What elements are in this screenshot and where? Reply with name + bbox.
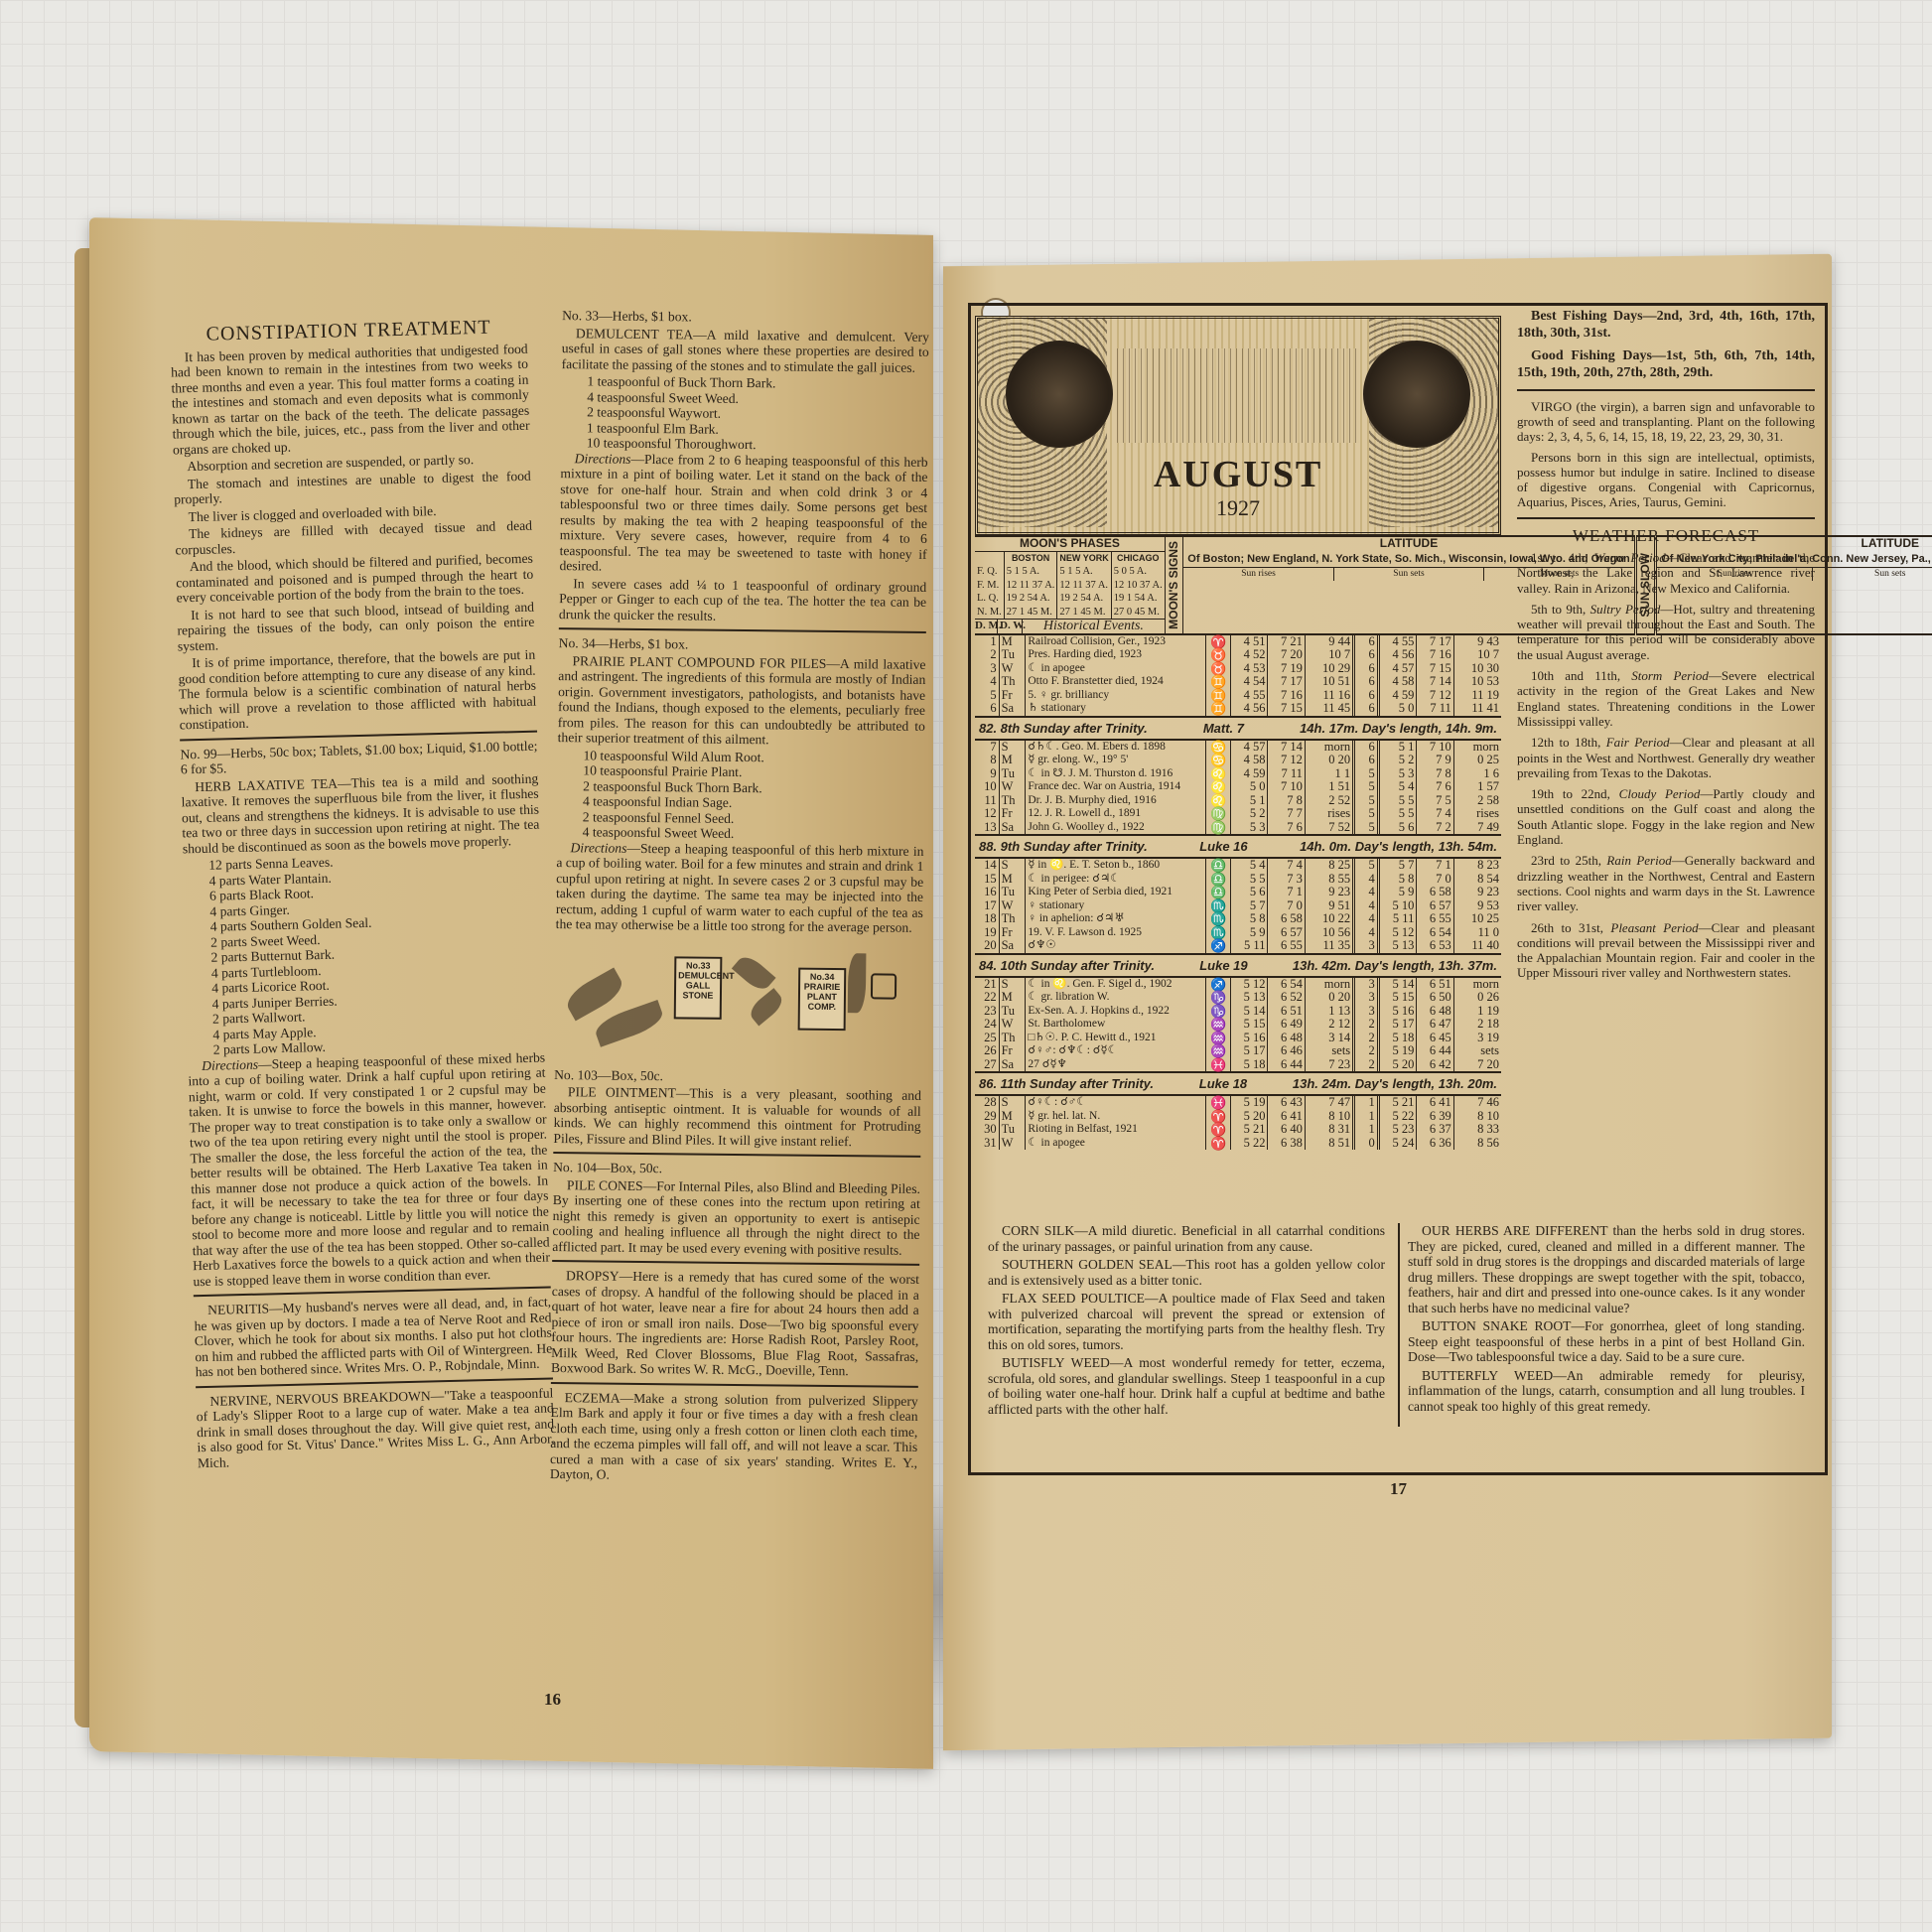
no34-description: PRAIRIE PLANT COMPOUND FOR PILES—A mild …	[558, 653, 926, 750]
sun-sets-newyork: 6 54	[1417, 926, 1453, 940]
historical-event: King Peter of Serbia died, 1921	[1026, 886, 1206, 899]
weather-period: 10th and 11th, Storm Period—Severe elect…	[1517, 668, 1815, 729]
sun-rises-boston: 5 19	[1230, 1096, 1267, 1110]
sunday-row: 88. 9th Sunday after Trinity.Luke 1614h.…	[975, 834, 1501, 859]
sun-slow: 6	[1354, 635, 1379, 649]
constipation-title: CONSTIPATION TREATMENT	[170, 320, 527, 344]
day-of-month: 8	[975, 754, 999, 767]
herb-leaf-icon	[747, 988, 787, 1026]
day-row: 11ThDr. J. B. Murphy died, 1916♌5 17 82 …	[975, 794, 1501, 808]
divider	[552, 1260, 919, 1266]
day-of-week: Tu	[999, 648, 1026, 662]
sun-sets-newyork: 6 48	[1417, 1005, 1453, 1019]
ointment-jar-icon	[871, 973, 897, 999]
moon-sets-boston: 8 51	[1305, 1137, 1353, 1151]
day-row: 30TuRioting in Belfast, 1921♈5 216 408 3…	[975, 1123, 1501, 1137]
no104-description: PILE CONES—For Internal Piles, also Blin…	[552, 1177, 920, 1258]
sun-sets-boston: 6 41	[1268, 1110, 1305, 1124]
best-fishing-days: Best Fishing Days—2nd, 3rd, 4th, 16th, 1…	[1517, 308, 1815, 342]
weather-period: 26th to 31st, Pleasant Period—Clear and …	[1517, 920, 1815, 981]
sun-slow: 6	[1354, 741, 1379, 755]
moons-signs-header: MOON'S SIGNS	[1165, 536, 1183, 634]
paragraph: And the blood, which should be filtered …	[176, 551, 534, 606]
divider	[1517, 389, 1815, 391]
day-of-month: 26	[975, 1044, 999, 1058]
sunday-ref: Luke 18	[1199, 1076, 1247, 1091]
day-of-month: 31	[975, 1137, 999, 1151]
sunday-label: 84. 10th Sunday after Trinity.	[979, 958, 1155, 973]
moon-sign-icon: ♏	[1206, 926, 1231, 940]
day-of-week: Fr	[999, 689, 1026, 703]
month-title: AUGUST	[978, 453, 1498, 496]
moon-sets-boston: morn	[1305, 741, 1353, 755]
moon-sets-boston: 7 52	[1305, 821, 1353, 835]
day-of-week: S	[999, 859, 1026, 873]
sun-rises-boston: 4 54	[1230, 675, 1267, 689]
weather-range: 5th to 9th,	[1531, 602, 1586, 617]
day-row: 21S☾ in ♌. Gen. F. Sigel d., 1902♐5 126 …	[975, 978, 1501, 992]
moon-sign-icon: ♍	[1206, 807, 1231, 821]
sun-rises-newyork: 5 20	[1378, 1058, 1417, 1072]
day-of-week: Th	[999, 675, 1026, 689]
sun-sets-newyork: 6 58	[1417, 886, 1453, 899]
sun-slow: 3	[1354, 1005, 1379, 1019]
sun-rises-boston: 4 55	[1230, 689, 1267, 703]
moon-sets-boston: 11 16	[1305, 689, 1353, 703]
historical-event: Otto F. Branstetter died, 1924	[1026, 675, 1206, 689]
sun-sets-newyork: 7 6	[1417, 780, 1453, 794]
sun-sets-newyork: 6 55	[1417, 912, 1453, 926]
sun-rises-newyork: 5 11	[1378, 912, 1417, 926]
southern-golden-seal: SOUTHERN GOLDEN SEAL—This root has a gol…	[988, 1257, 1385, 1288]
sun-sets-newyork: 7 1	[1417, 859, 1453, 873]
day-of-week: M	[999, 1110, 1026, 1124]
moon-sets-newyork: 11 41	[1453, 702, 1501, 716]
no34-price: No. 34—Herbs, $1 box.	[559, 635, 926, 654]
weather-range: 23rd to 25th,	[1531, 853, 1601, 868]
moon-sets-newyork: 9 53	[1453, 899, 1501, 913]
sun-rises-newyork: 5 15	[1378, 991, 1417, 1005]
day-row: 23TuEx-Sen. A. J. Hopkins d., 1922♑5 146…	[975, 1005, 1501, 1019]
day-of-week: Sa	[999, 702, 1026, 716]
day-of-week: Th	[999, 794, 1026, 808]
day-of-week: Sa	[999, 939, 1026, 953]
moon-sets-boston: 9 44	[1305, 635, 1353, 649]
sunday-row: 84. 10th Sunday after Trinity.Luke 1913h…	[975, 953, 1501, 978]
week-table: 14S☿ in ♌. E. T. Seton b., 1860♎5 47 48 …	[975, 859, 1501, 953]
phase-label: F. Q.	[975, 565, 1004, 579]
weather-period-name: Rain Period	[1606, 853, 1671, 868]
day-of-month: 12	[975, 807, 999, 821]
moon-sets-newyork: 10 7	[1453, 648, 1501, 662]
sun-sets-newyork: 6 45	[1417, 1032, 1453, 1045]
day-of-month: 29	[975, 1110, 999, 1124]
moon-sets-boston: 10 22	[1305, 912, 1353, 926]
phase-time: 27 0 45 M.	[1111, 606, 1165, 620]
moon-sign-icon: ♋	[1206, 754, 1231, 767]
no104-price: No. 104—Box, 50c.	[553, 1160, 920, 1178]
day-of-month: 6	[975, 702, 999, 716]
sun-sets-newyork: 6 47	[1417, 1018, 1453, 1032]
calendar-weeks: 1MRailroad Collision, Ger., 1923♈4 517 2…	[975, 635, 1501, 1151]
moon-sets-newyork: 2 58	[1453, 794, 1501, 808]
phase-time: 12 11 37 A.	[1004, 579, 1057, 593]
phase-time: 19 1 54 A.	[1111, 592, 1165, 606]
phase-time: 5 1 5 A.	[1004, 565, 1057, 579]
day-row: 26Fr☌♀♂: ☌♆☾: ☌☿☾♒5 176 46sets25 196 44s…	[975, 1044, 1501, 1058]
directions-label: Directions	[202, 1056, 258, 1072]
moon-sign-icon: ♍	[1206, 821, 1231, 835]
day-row: 16TuKing Peter of Serbia died, 1921♎5 67…	[975, 886, 1501, 899]
moon-sets-boston: 10 7	[1305, 648, 1353, 662]
no33-directions: Directions—Place from 2 to 6 heaping tea…	[559, 451, 927, 578]
moon-sign-icon: ♉	[1206, 648, 1231, 662]
moon-sets-newyork: 8 33	[1453, 1123, 1501, 1137]
moon-sets-boston: rises	[1305, 807, 1353, 821]
moon-sets-boston: 11 45	[1305, 702, 1353, 716]
divider	[559, 627, 926, 633]
day-row: 20Sa☌♆☉♐5 116 5511 3535 136 5311 40	[975, 939, 1501, 953]
moon-sets-newyork: 2 18	[1453, 1018, 1501, 1032]
butisfly-weed: BUTISFLY WEED—A most wonderful remedy fo…	[988, 1355, 1385, 1417]
sunday-label: 86. 11th Sunday after Trinity.	[979, 1076, 1154, 1091]
sun-sets-newyork: 6 53	[1417, 939, 1453, 953]
weather-range: 19th to 22nd,	[1531, 786, 1610, 801]
sun-sets-boston: 7 3	[1268, 873, 1305, 887]
sun-sets-newyork: 7 4	[1417, 807, 1453, 821]
moon-sets-newyork: 0 26	[1453, 991, 1501, 1005]
divider	[1517, 517, 1815, 519]
sun-rises-newyork: 5 5	[1378, 794, 1417, 808]
historical-event: 12. J. R. Lowell d., 1891	[1026, 807, 1206, 821]
sun-rises-boston: 5 12	[1230, 978, 1267, 992]
sun-rises-newyork: 5 22	[1378, 1110, 1417, 1124]
day-of-week: W	[999, 1018, 1026, 1032]
day-row: 13SaJohn G. Woolley d., 1922♍5 37 67 525…	[975, 821, 1501, 835]
weather-period-name: Sultry Period	[1590, 602, 1661, 617]
sun-rises-boston: 5 3	[1230, 821, 1267, 835]
sun-sets-boston: 6 54	[1268, 978, 1305, 992]
directions-label: Directions	[575, 451, 631, 467]
no99-ingredients: 12 parts Senna Leaves. 4 parts Water Pla…	[183, 850, 545, 1058]
moon-sets-newyork: 3 19	[1453, 1032, 1501, 1045]
phase-time: 19 2 54 A.	[1004, 592, 1057, 606]
product-box-no33: No.33 DEMULCENT GALL STONE	[674, 956, 723, 1019]
sun-sets-newyork: 7 2	[1417, 821, 1453, 835]
sun-sets-newyork: 6 37	[1417, 1123, 1453, 1137]
moon-sets-newyork: 8 56	[1453, 1137, 1501, 1151]
sun-sets-boston: 6 58	[1268, 912, 1305, 926]
moon-sets-boston: 10 56	[1305, 926, 1353, 940]
moon-sign-icon: ♐	[1206, 939, 1231, 953]
sun-sets-boston: 6 40	[1268, 1123, 1305, 1137]
day-row: 24WSt. Bartholomew♒5 156 492 1225 176 47…	[975, 1018, 1501, 1032]
city-new-york: NEW YORK	[1057, 552, 1111, 566]
city-boston: BOSTON	[1004, 552, 1057, 566]
no99-description: HERB LAXATIVE TEA—This tea is a mild and…	[181, 770, 540, 856]
sun-slow: 2	[1354, 1058, 1379, 1072]
week-table: 28S☌♀☾: ☌♂☾♓5 196 437 4715 216 417 4629M…	[975, 1096, 1501, 1150]
sun-sets-boston: 6 52	[1268, 991, 1305, 1005]
historical-event: 19. V. F. Lawson d. 1925	[1026, 926, 1206, 940]
sun-sets-newyork: 7 14	[1417, 675, 1453, 689]
moon-sets-newyork: 7 49	[1453, 821, 1501, 835]
day-row: 10WFrance dec. War on Austria, 1914♌5 07…	[975, 780, 1501, 794]
day-of-week: Tu	[999, 1005, 1026, 1019]
sun-slow: 2	[1354, 1044, 1379, 1058]
day-of-week: M	[999, 754, 1026, 767]
sun-slow: 0	[1354, 1137, 1379, 1151]
sun-rises-boston: 5 9	[1230, 926, 1267, 940]
moon-sign-icon: ♑	[1206, 1005, 1231, 1019]
sun-sets-newyork: 6 36	[1417, 1137, 1453, 1151]
day-of-week: W	[999, 662, 1026, 676]
moon-sets-boston: 0 20	[1305, 754, 1353, 767]
moon-sets-boston: 11 35	[1305, 939, 1353, 953]
historical-event: Railroad Collision, Ger., 1923	[1026, 635, 1206, 649]
moon-sets-boston: morn	[1305, 978, 1353, 992]
sun-sets-newyork: 7 0	[1417, 873, 1453, 887]
phase-label: L. Q.	[975, 592, 1004, 606]
day-of-week: Tu	[999, 767, 1026, 781]
sidebar-almanac: Best Fishing Days—2nd, 3rd, 4th, 16th, 1…	[1517, 308, 1815, 987]
sun-rises-newyork: 5 8	[1378, 873, 1417, 887]
moon-sign-icon: ♐	[1206, 978, 1231, 992]
sun-sets-newyork: 6 41	[1417, 1096, 1453, 1110]
left-column-constipation: CONSTIPATION TREATMENT It has been prove…	[170, 316, 555, 1472]
sun-slow: 6	[1354, 648, 1379, 662]
sun-slow: 5	[1354, 767, 1379, 781]
historical-events-label: Historical Events.	[1022, 620, 1165, 633]
day-row: 9Tu☾ in ☋. J. M. Thurston d. 1916♌4 597 …	[975, 767, 1501, 781]
herb-leaf-icon	[732, 951, 776, 994]
day-of-week: W	[999, 899, 1026, 913]
sun-rises-boston: 4 52	[1230, 648, 1267, 662]
phase-time: 27 1 45 M.	[1057, 606, 1111, 620]
sun-sets-boston: 7 11	[1268, 767, 1305, 781]
moon-sets-newyork: 9 23	[1453, 886, 1501, 899]
moon-sets-newyork: sets	[1453, 1044, 1501, 1058]
day-of-week: S	[999, 978, 1026, 992]
corn-silk: CORN SILK—A mild diuretic. Beneficial in…	[988, 1223, 1385, 1254]
moon-sets-boston: 1 51	[1305, 780, 1353, 794]
sun-sets-newyork: 6 57	[1417, 899, 1453, 913]
moon-sets-boston: 3 14	[1305, 1032, 1353, 1045]
weather-period-name: Storm Period	[1631, 668, 1709, 683]
day-of-week: M	[999, 873, 1026, 887]
historical-event: ☾ gr. libration W.	[1026, 991, 1206, 1005]
historical-event: 27 ☌☿♆	[1026, 1058, 1206, 1072]
moon-sets-boston: 9 51	[1305, 899, 1353, 913]
historical-event: ♄ stationary	[1026, 702, 1206, 716]
moon-sets-boston: 0 20	[1305, 991, 1353, 1005]
day-of-month: 11	[975, 794, 999, 808]
sun-slow: 3	[1354, 978, 1379, 992]
day-of-month: 30	[975, 1123, 999, 1137]
moon-sign-icon: ♈	[1206, 1123, 1231, 1137]
no33-ingredients: 1 teaspoonful of Buck Thorn Bark. 4 teas…	[561, 373, 929, 454]
sun-rises-boston: 5 1	[1230, 794, 1267, 808]
moon-sign-icon: ♉	[1206, 662, 1231, 676]
weather-forecast-list: 1st to 4th, Warm Period—Clear and warmer…	[1517, 550, 1815, 981]
sun-sets-label: Sun sets	[1812, 568, 1932, 582]
historical-event: Dr. J. B. Murphy died, 1916	[1026, 794, 1206, 808]
moon-sets-newyork: morn	[1453, 741, 1501, 755]
weather-range: 1st to 4th,	[1531, 550, 1587, 565]
day-row: 4ThOtto F. Branstetter died, 1924♊4 547 …	[975, 675, 1501, 689]
sun-rises-newyork: 5 3	[1378, 767, 1417, 781]
sun-slow: 6	[1354, 754, 1379, 767]
sun-rises-newyork: 5 12	[1378, 926, 1417, 940]
moon-sign-icon: ♏	[1206, 912, 1231, 926]
sun-sets-newyork: 6 42	[1417, 1058, 1453, 1072]
moon-sets-newyork: 9 43	[1453, 635, 1501, 649]
day-row: 1MRailroad Collision, Ger., 1923♈4 517 2…	[975, 635, 1501, 649]
moon-sign-icon: ♌	[1206, 780, 1231, 794]
historical-event: Rioting in Belfast, 1921	[1026, 1123, 1206, 1137]
week-table: 1MRailroad Collision, Ger., 1923♈4 517 2…	[975, 635, 1501, 716]
day-of-month: 25	[975, 1032, 999, 1045]
historical-event: ☾ in perigee: ☌♃☾	[1026, 873, 1206, 887]
moon-sets-boston: 2 52	[1305, 794, 1353, 808]
sun-sets-boston: 7 20	[1268, 648, 1305, 662]
day-of-month: 13	[975, 821, 999, 835]
sun-rises-boston: 5 13	[1230, 991, 1267, 1005]
sunday-label: 82. 8th Sunday after Trinity.	[979, 721, 1148, 736]
sun-slow: 5	[1354, 794, 1379, 808]
sun-rises-boston: 5 4	[1230, 859, 1267, 873]
moon-sets-newyork: 1 19	[1453, 1005, 1501, 1019]
day-row: 6Sa♄ stationary♊4 567 1511 4565 07 1111 …	[975, 702, 1501, 716]
historical-event: ☾ in apogee	[1026, 662, 1206, 676]
sun-sets-newyork: 7 9	[1417, 754, 1453, 767]
day-of-week: S	[999, 741, 1026, 755]
historical-event: Ex-Sen. A. J. Hopkins d., 1922	[1026, 1005, 1206, 1019]
weather-period-name: Cloudy Period	[1619, 786, 1701, 801]
weather-period-name: Pleasant Period	[1610, 920, 1698, 935]
day-of-month: 18	[975, 912, 999, 926]
sun-sets-boston: 6 44	[1268, 1058, 1305, 1072]
sun-sets-newyork: 7 15	[1417, 662, 1453, 676]
moons-signs-label: MOON'S SIGNS	[1168, 541, 1181, 629]
day-row: 31W☾ in apogee♈5 226 388 5105 246 368 56	[975, 1137, 1501, 1151]
phase-time: 12 10 37 A.	[1111, 579, 1165, 593]
sunday-len: 13h. 24m. Day's length, 13h. 20m.	[1293, 1076, 1497, 1091]
moon-sets-boston: 10 51	[1305, 675, 1353, 689]
sun-sets-boston: 7 14	[1268, 741, 1305, 755]
moon-phases-title: MOON'S PHASES	[975, 537, 1165, 552]
day-of-week: Th	[999, 1032, 1026, 1045]
sun-sets-boston: 7 1	[1268, 886, 1305, 899]
sun-sets-boston: 7 21	[1268, 635, 1305, 649]
sun-rises-boston: 4 56	[1230, 702, 1267, 716]
divider	[551, 1382, 918, 1388]
historical-event: ♀ stationary	[1026, 899, 1206, 913]
moon-sets-boston: 8 25	[1305, 859, 1353, 873]
sun-sets-boston: 7 16	[1268, 689, 1305, 703]
page-number-left: 16	[544, 1690, 561, 1710]
day-of-month: 2	[975, 648, 999, 662]
moon-sign-icon: ♊	[1206, 689, 1231, 703]
sun-slow: 5	[1354, 821, 1379, 835]
day-of-week: Sa	[999, 821, 1026, 835]
moon-sign-icon: ♒	[1206, 1018, 1231, 1032]
moon-sets-newyork: 0 25	[1453, 754, 1501, 767]
sun-slow: 2	[1354, 1032, 1379, 1045]
weather-forecast-title: WEATHER FORECAST	[1517, 527, 1815, 544]
day-of-week: Th	[999, 912, 1026, 926]
day-of-month: 24	[975, 1018, 999, 1032]
day-of-month: 21	[975, 978, 999, 992]
moon-sign-icon: ♌	[1206, 794, 1231, 808]
sun-rises-newyork: 4 56	[1378, 648, 1417, 662]
moon-sets-newyork: 1 6	[1453, 767, 1501, 781]
day-row: 15M☾ in perigee: ☌♃☾♎5 57 38 5545 87 08 …	[975, 873, 1501, 887]
sun-sets-boston: 7 15	[1268, 702, 1305, 716]
sun-rises-newyork: 4 59	[1378, 689, 1417, 703]
day-of-month: 1	[975, 635, 999, 649]
day-row: 2TuPres. Harding died, 1923♉4 527 2010 7…	[975, 648, 1501, 662]
moon-sets-boston: sets	[1305, 1044, 1353, 1058]
herb-illustration: No.33 DEMULCENT GALL STONE No.34 PRAIRIE…	[554, 940, 922, 1063]
moon-sign-icon: ♈	[1206, 1110, 1231, 1124]
phase-label: F. M.	[975, 579, 1004, 593]
sun-sets-newyork: 6 50	[1417, 991, 1453, 1005]
sun-rises-newyork: 5 24	[1378, 1137, 1417, 1151]
sun-rises-newyork: 5 13	[1378, 939, 1417, 953]
august-calendar: AUGUST 1927 MOON'S PHASES BOSTON NEW YOR…	[975, 316, 1501, 1150]
sun-sets-boston: 7 6	[1268, 821, 1305, 835]
sun-sets-boston: 6 49	[1268, 1018, 1305, 1032]
sun-rises-newyork: 5 6	[1378, 821, 1417, 835]
day-of-week: Tu	[999, 886, 1026, 899]
moon-sign-icon: ♑	[1206, 991, 1231, 1005]
moon-sign-icon: ♓	[1206, 1096, 1231, 1110]
sun-sets-boston: 6 46	[1268, 1044, 1305, 1058]
sun-sets-newyork: 6 44	[1417, 1044, 1453, 1058]
sunday-ref: Matt. 7	[1203, 721, 1244, 736]
day-row: 17W♀ stationary♏5 77 09 5145 106 579 53	[975, 899, 1501, 913]
sun-rises-newyork: 5 17	[1378, 1018, 1417, 1032]
sun-sets-boston: 7 12	[1268, 754, 1305, 767]
no103-description: PILE OINTMENT—This is a very pleasant, s…	[553, 1084, 921, 1150]
sun-slow: 1	[1354, 1123, 1379, 1137]
sun-slow: 4	[1354, 912, 1379, 926]
good-fishing-days: Good Fishing Days—1st, 5th, 6th, 7th, 14…	[1517, 347, 1815, 381]
sunday-label: 88. 9th Sunday after Trinity.	[979, 839, 1148, 854]
sun-rises-boston: 5 11	[1230, 939, 1267, 953]
day-row: 29M☿ gr. hel. lat. N.♈5 206 418 1015 226…	[975, 1110, 1501, 1124]
day-of-week: Fr	[999, 926, 1026, 940]
paragraph: It is of prime importance, therefore, th…	[178, 647, 537, 733]
sun-rises-boston: 5 20	[1230, 1110, 1267, 1124]
sun-slow: 5	[1354, 807, 1379, 821]
day-of-month: 16	[975, 886, 999, 899]
no33-price: No. 33—Herbs, $1 box.	[562, 308, 929, 327]
no99-directions: Directions—Steep a heaping teaspoonful o…	[188, 1049, 551, 1289]
herb-leaf-icon	[562, 967, 627, 1021]
sun-rises-newyork: 5 2	[1378, 754, 1417, 767]
day-row: 3W☾ in apogee♉4 537 1910 2964 577 1510 3…	[975, 662, 1501, 676]
sun-rises-boston: 5 0	[1230, 780, 1267, 794]
dw-label: D. W.	[997, 620, 1022, 633]
sun-slow: 4	[1354, 926, 1379, 940]
no103-price: No. 103—Box, 50c.	[554, 1067, 921, 1086]
sun-sets-boston: 6 51	[1268, 1005, 1305, 1019]
moon-sets-newyork: morn	[1453, 978, 1501, 992]
moon-sign-icon: ♒	[1206, 1032, 1231, 1045]
sun-rises-boston: 5 5	[1230, 873, 1267, 887]
